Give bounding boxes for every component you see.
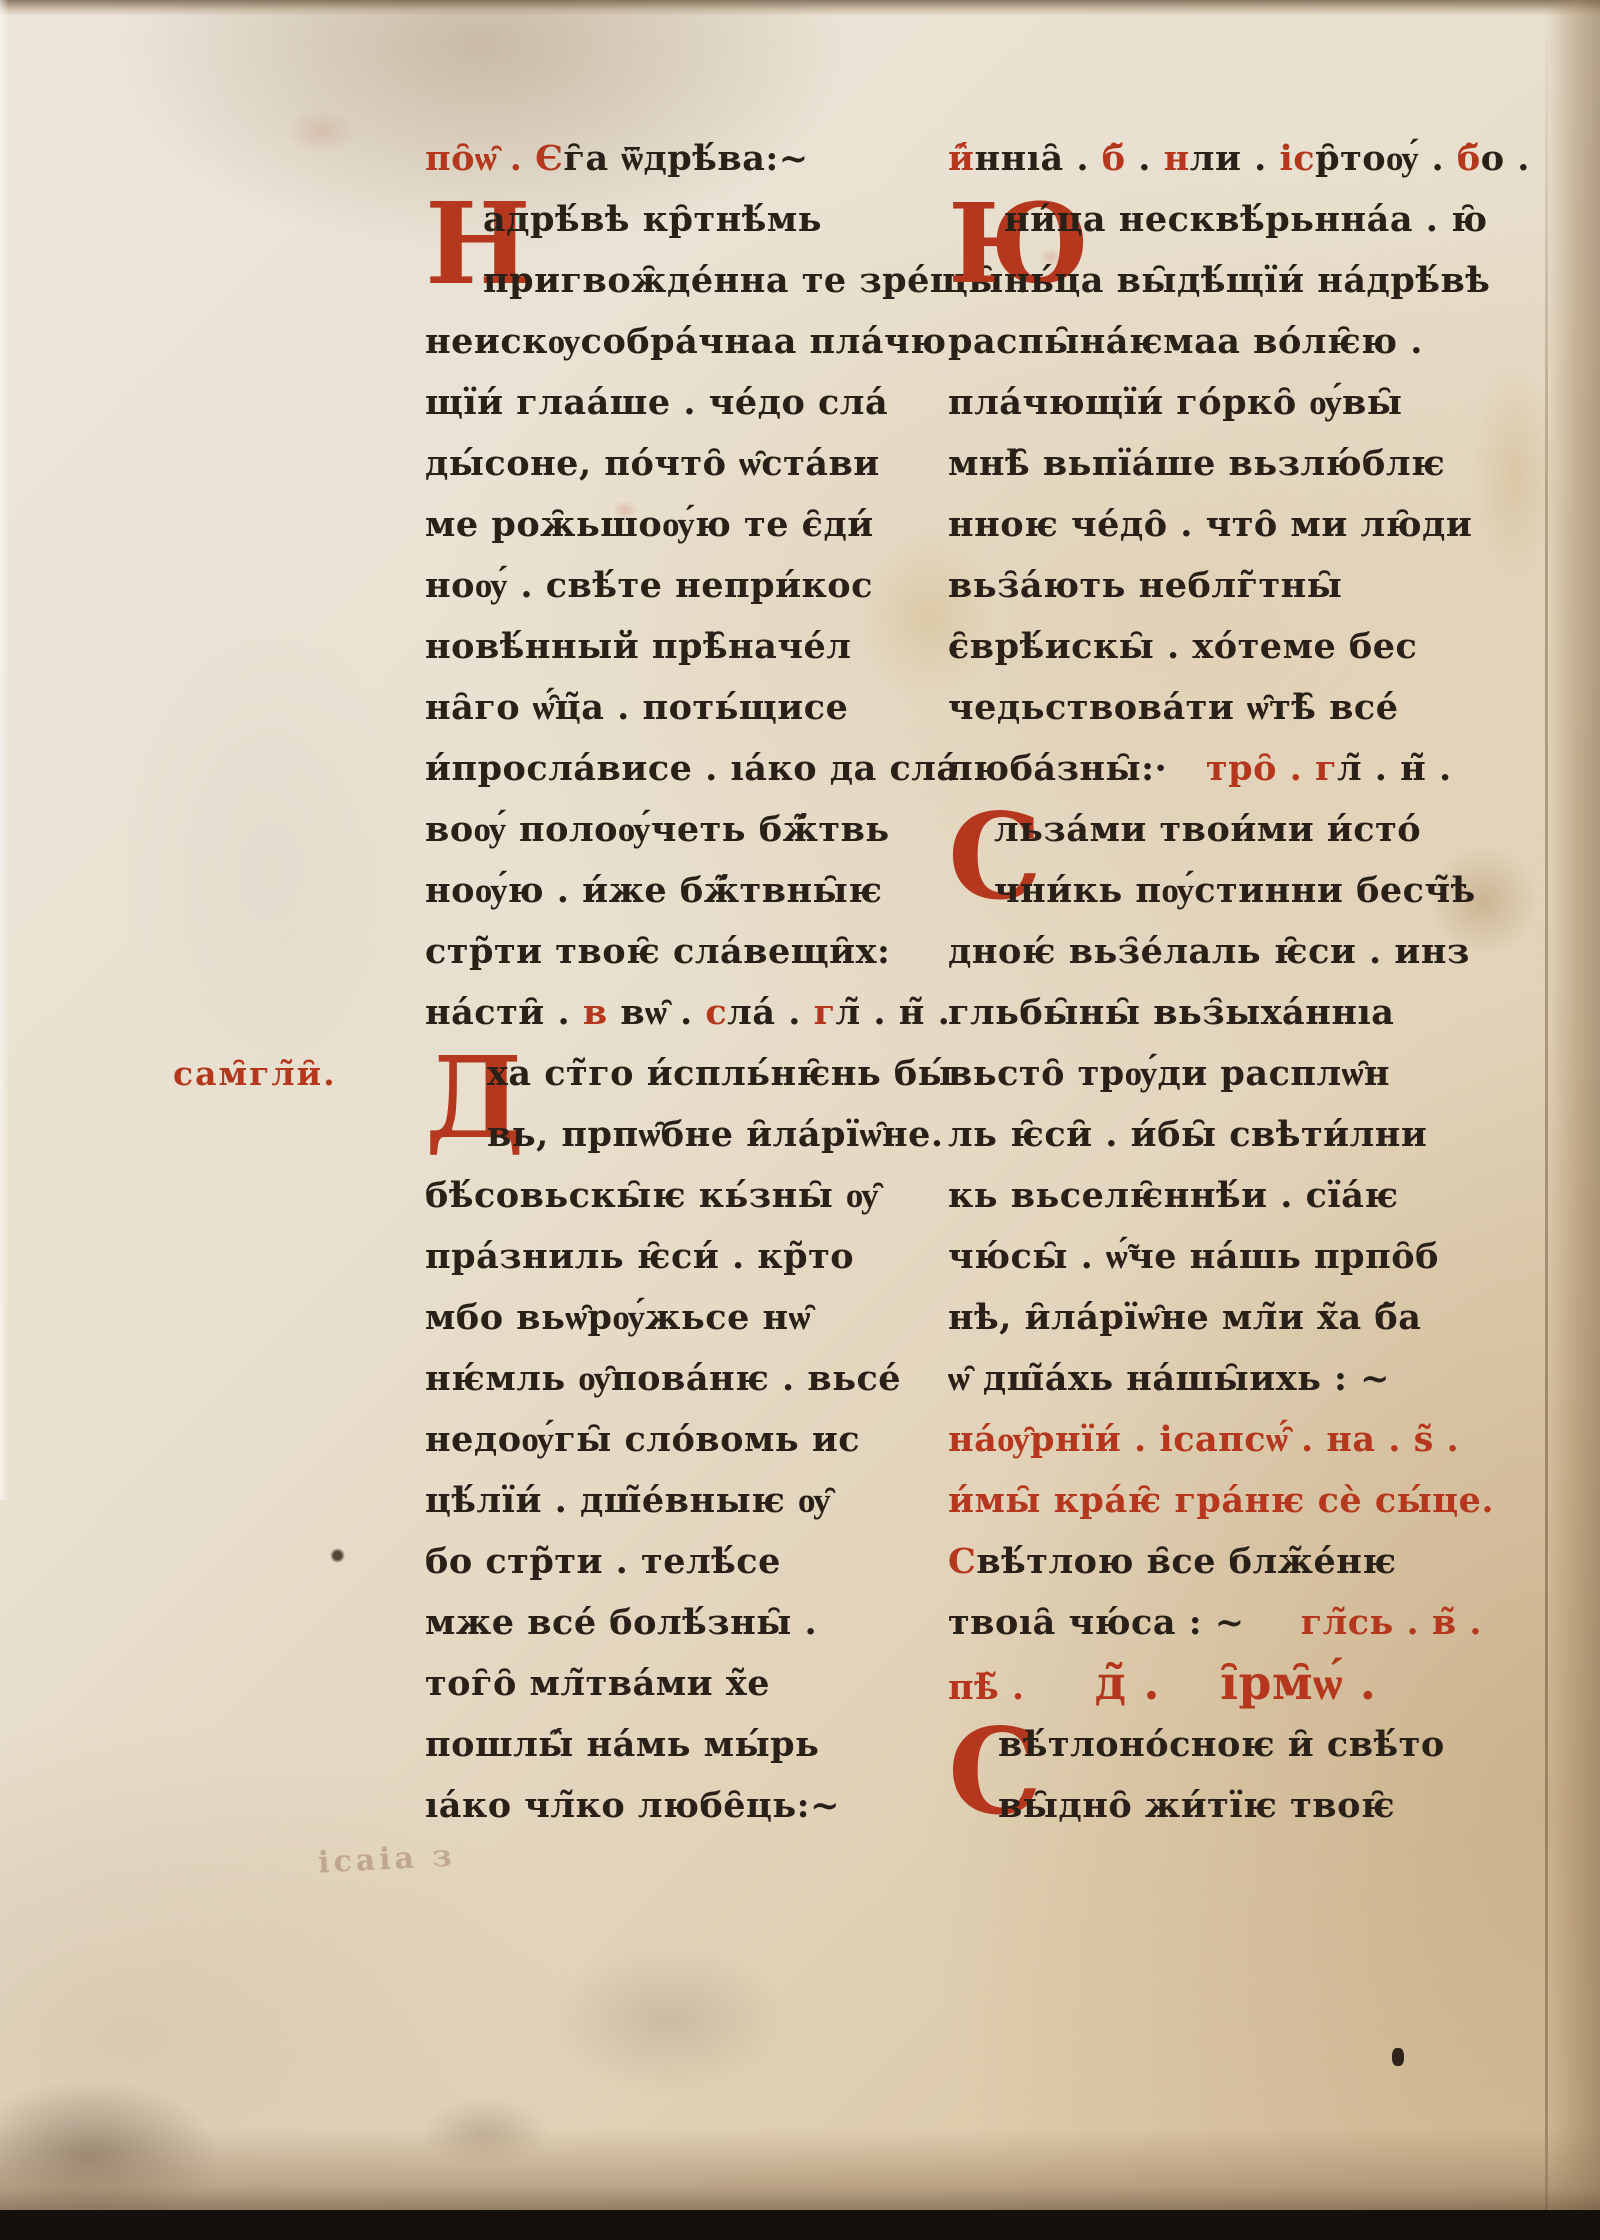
body-text: ни́ца несквѣ́рьнна́а . ю̑	[1004, 199, 1487, 240]
text-line: ме рож̑ьшоѹ́ю те є̑ди́	[425, 494, 903, 555]
body-text: недоѹ́гы̑ сло́вомь ис	[425, 1419, 860, 1460]
text-line: нноѥ че́до̑ . что̑ ми лю̑ди	[948, 494, 1496, 555]
body-text: чни́кь пѹ́стинни бесч̃ѣ	[994, 870, 1476, 911]
text-line: и́просла́висе . ıа́ко да сла́	[425, 738, 903, 799]
text-line: Свѣ́тлоно́сноѥ и̑ свѣ́то	[948, 1714, 1496, 1775]
rubric-text: тро̑ .	[1206, 748, 1315, 789]
text-line: ноѹ́ю . и́же бж̃́твны̑ѥ	[425, 860, 903, 921]
rubric-text: в	[583, 992, 608, 1033]
body-text: нноѥ че́до̑ . что̑ ми лю̑ди	[948, 504, 1472, 545]
body-text: л̃ . н̃ .	[1337, 748, 1452, 789]
text-line: нѥ́мль ѹ̑пова́нѥ . вьсе́	[425, 1348, 903, 1409]
text-line: ды́соне, по́что̑ ѡ̑ста́ви	[425, 433, 903, 494]
faded-inscription: ісаіа з	[317, 1838, 456, 1880]
text-line: Сльза́ми твои́ми и́сто́	[948, 799, 1496, 860]
body-text: льза́ми твои́ми и́сто́	[994, 809, 1421, 850]
body-text: чедьствова́ти ѡ̑тѣ̑ все́	[948, 687, 1399, 728]
rubric-text: на́ѹ̑рнїи́ . ісапсѡ̑́ . на . ѕ̃ .	[948, 1419, 1459, 1460]
body-text: на́сти̑ .	[425, 992, 583, 1033]
body-text: бо стр̃ти . телѣ́се	[425, 1541, 781, 1582]
body-text: ıа́ко чл̃ко любе̑ць:~	[425, 1785, 840, 1826]
manuscript-photo: по̑ѡ̑ . Єг̑а ѿдрѣ́ва:~Надрѣ́вѣ кр̑тнѣ́мь…	[0, 0, 1600, 2240]
text-line: пригвож̑де́нна те зре́щы̑ .	[425, 250, 903, 311]
body-text: ѡ̑ дш̃а́хь на́шы̑ихь : ~	[948, 1358, 1390, 1399]
body-text: пра́зниль ѥ̑си́ . кр̃то	[425, 1236, 854, 1277]
page-edge-left	[0, 0, 9, 1500]
body-text: ды́соне, по́что̑ ѡ̑ста́ви	[425, 443, 880, 484]
rubric-text: по̑ѡ̑ .	[425, 138, 535, 179]
body-text: вѡ̑ .	[608, 992, 706, 1033]
text-line: бѣ́совьскы̑ѥ кь́зны̑ ѹ̑	[425, 1165, 903, 1226]
text-column-right: и̑́ннıа̑ . б̃ . нли . іср̑тоѹ́ . б̃о .Юн…	[948, 128, 1496, 1836]
body-text: .	[1126, 138, 1164, 179]
text-line: Надрѣ́вѣ кр̑тнѣ́мь	[425, 189, 903, 250]
body-text: л̃ . н̃ .	[836, 992, 951, 1033]
body-text: о .	[1481, 138, 1530, 179]
body-text: воѹ́ полоѹ́четь бж̃́твь	[425, 809, 890, 850]
rubric-text: н	[1164, 138, 1190, 179]
body-text: пла́чющїи́ го́рко̑ ѹ́вы̑	[948, 382, 1402, 423]
text-line: бо стр̃ти . телѣ́се	[425, 1531, 903, 1592]
body-text: нѥ́мль ѹ̑пова́нѥ . вьсе́	[425, 1358, 901, 1399]
text-line: на́ѹ̑рнїи́ . ісапсѡ̑́ . на . ѕ̃ .	[948, 1409, 1496, 1470]
body-text: є̑врѣ́искы̑ . хо́теме бес	[948, 626, 1417, 667]
body-text: ла́ .	[727, 992, 813, 1033]
rubric-text: Є	[535, 138, 563, 179]
body-text: распы̑на́ѥмаа во́лѥ̑ю .	[948, 321, 1423, 362]
body-text: неискѹсобра́чнаа пла́чю	[425, 321, 947, 362]
text-column-left: по̑ѡ̑ . Єг̑а ѿдрѣ́ва:~Надрѣ́вѣ кр̑тнѣ́мь…	[425, 128, 903, 1836]
text-line: сам̑гл̃и̑.Дха ст̃го и́спль́нѥ̑нь бы́	[425, 1043, 903, 1104]
body-text: бѣ́совьскы̑ѥ кь́зны̑ ѹ̑	[425, 1175, 879, 1216]
text-line: гльбы̑ны̑ вьз̑ыха́ннıа	[948, 982, 1496, 1043]
body-text: чю́сы̑ . ѡ̃́че на́шь прпо̑б	[948, 1236, 1439, 1277]
body-text: мбо вьѡ̑рѹ́жьсе нѡ̑	[425, 1297, 811, 1338]
rubric-text: С	[948, 1541, 976, 1582]
rubric-text: д̃ .	[1095, 1656, 1161, 1711]
text-line: воѹ́ полоѹ́четь бж̃́твь	[425, 799, 903, 860]
body-text: г̑а ѿдрѣ́ва:~	[564, 138, 809, 179]
text-line: пошлы̑́ на́мь мы́рь	[425, 1714, 903, 1775]
text-line: мже все́ болѣ́зны̑ .	[425, 1592, 903, 1653]
text-line: нь́ца вы̑дѣ́щїи́ на́дрѣ́вѣ	[948, 250, 1496, 311]
text-line: неискѹсобра́чнаа пла́чю	[425, 311, 903, 372]
body-text: ха ст̃го и́спль́нѥ̑нь бы́	[487, 1053, 953, 1094]
rubric-text: б̃	[1457, 138, 1481, 179]
body-text: на̑го ѡ̑́ц̃а . поть́щисе	[425, 687, 848, 728]
text-line: чни́кь пѹ́стинни бесч̃ѣ	[948, 860, 1496, 921]
text-line: нѣ, и̑ла́рїѡ̑не мл̃и х̃а б̃а	[948, 1287, 1496, 1348]
text-line: вьз̑а́ють неблг̃тны̑	[948, 555, 1496, 616]
text-line: и́мы̑ кра́ѥ̑ гра́нѥ сѐ сы́це.	[948, 1470, 1496, 1531]
text-line: тог̑о̑ мл̃тва́ми х̃е	[425, 1653, 903, 1714]
body-text: люба́зны̑:·	[948, 748, 1180, 789]
body-text: ль ѥ̑си̑ . и́бы̑ свѣти́лни	[948, 1114, 1427, 1155]
body-text: и́просла́висе . ıа́ко да сла́	[425, 748, 960, 789]
text-line: щїи́ глаа́ше . че́до сла́	[425, 372, 903, 433]
rubric-text: і̑рм̑ѡ́ .	[1220, 1656, 1376, 1711]
body-text: дноѥ́ вьз̑е́лаль ѥ̑си . инз	[948, 931, 1470, 972]
text-line: распы̑на́ѥмаа во́лѥ̑ю .	[948, 311, 1496, 372]
body-text: твоıа̑ чю́са : ~	[948, 1602, 1245, 1643]
rubric-text: гл̃сь . в̃ .	[1301, 1602, 1482, 1643]
text-line: пра́зниль ѥ̑си́ . кр̃то	[425, 1226, 903, 1287]
text-line: Юни́ца несквѣ́рьнна́а . ю̑	[948, 189, 1496, 250]
page-edge-right	[1546, 0, 1600, 2212]
text-line: вь, прпѡ̑бне и̑ла́рїѡ̑не.	[425, 1104, 903, 1165]
page-edge-bottom	[0, 2128, 1600, 2212]
text-line: мбо вьѡ̑рѹ́жьсе нѡ̑	[425, 1287, 903, 1348]
marginal-rubric-note: сам̑гл̃и̑.	[173, 1043, 337, 1104]
body-text: ли .	[1190, 138, 1280, 179]
rubric-text: с	[705, 992, 727, 1033]
body-text: мже все́ болѣ́зны̑ .	[425, 1602, 817, 1643]
body-text: ноѹ́ю . и́же бж̃́твны̑ѥ	[425, 870, 882, 911]
body-text: щїи́ глаа́ше . че́до сла́	[425, 382, 888, 423]
text-line: пла́чющїи́ го́рко̑ ѹ́вы̑	[948, 372, 1496, 433]
text-line: новѣ́нный прѣ̑наче́л	[425, 616, 903, 677]
body-text: вьз̑а́ють неблг̃тны̑	[948, 565, 1342, 606]
text-line: ѡ̑ дш̃а́хь на́шы̑ихь : ~	[948, 1348, 1496, 1409]
text-line: чедьствова́ти ѡ̑тѣ̑ все́	[948, 677, 1496, 738]
body-text: адрѣ́вѣ кр̑тнѣ́мь	[483, 199, 822, 240]
body-text: гльбы̑ны̑ вьз̑ыха́ннıа	[948, 992, 1394, 1033]
body-text: кь вьселѥ̑ннѣ́и . сїа́ѥ	[948, 1175, 1399, 1216]
text-line: вьсто̑ трѹ́ди расплѡ̑н	[948, 1043, 1496, 1104]
illuminated-initial: Ю	[948, 193, 1004, 251]
body-text: вѣ́тлоно́сноѥ и̑ свѣ́то	[998, 1724, 1445, 1765]
body-text: вѣ́тлою в̑се блж̃е́нѥ	[976, 1541, 1396, 1582]
text-line: на̑го ѡ̑́ц̃а . поть́щисе	[425, 677, 903, 738]
text-line: дноѥ́ вьз̑е́лаль ѥ̑си . инз	[948, 921, 1496, 982]
body-text: мнѣ̑ вьпїа́ше вьзлю́блѥ	[948, 443, 1445, 484]
body-text: ноѹ́ . свѣ́те непри́кос	[425, 565, 873, 606]
body-text: тог̑о̑ мл̃тва́ми х̃е	[425, 1663, 770, 1704]
body-text: цѣ́лїи́ . дш̃е́вныѥ ѹ̑	[425, 1480, 831, 1521]
text-line: чю́сы̑ . ѡ̃́че на́шь прпо̑б	[948, 1226, 1496, 1287]
body-text: нѣ, и̑ла́рїѡ̑не мл̃и х̃а б̃а	[948, 1297, 1421, 1338]
text-line: Свѣ́тлою в̑се блж̃е́нѥ	[948, 1531, 1496, 1592]
body-text: вьсто̑ трѹ́ди расплѡ̑н	[948, 1053, 1390, 1094]
rubric-text: и́мы̑ кра́ѥ̑ гра́нѥ сѐ сы́це.	[948, 1480, 1494, 1521]
text-line: стр̃ти твоѥ̑ сла́вещи̑х:	[425, 921, 903, 982]
text-line: цѣ́лїи́ . дш̃е́вныѥ ѹ̑	[425, 1470, 903, 1531]
body-text: вь, прпѡ̑бне и̑ла́рїѡ̑не.	[487, 1114, 944, 1155]
body-text: стр̃ти твоѥ̑ сла́вещи̑х:	[425, 931, 890, 972]
text-line: вы̑дно̑ жи́тїѥ твоѥ̑	[948, 1775, 1496, 1836]
rubric-text: б̃	[1102, 138, 1126, 179]
body-text: вы̑дно̑ жи́тїѥ твоѥ̑	[998, 1785, 1395, 1826]
text-line: ıа́ко чл̃ко любе̑ць:~	[425, 1775, 903, 1836]
photo-edge-bottom	[0, 2210, 1600, 2240]
text-line: недоѹ́гы̑ сло́вомь ис	[425, 1409, 903, 1470]
body-text: р̑тоѹ́ .	[1315, 138, 1457, 179]
body-text: новѣ́нный прѣ̑наче́л	[425, 626, 851, 667]
rubric-text: г	[814, 992, 836, 1033]
text-line: кь вьселѥ̑ннѣ́и . сїа́ѥ	[948, 1165, 1496, 1226]
text-line: мнѣ̑ вьпїа́ше вьзлю́блѥ	[948, 433, 1496, 494]
body-text: ннıа̑ .	[974, 138, 1101, 179]
rubric-text: іс	[1279, 138, 1315, 179]
rubric-text: г	[1315, 748, 1337, 789]
body-text: пошлы̑́ на́мь мы́рь	[425, 1724, 819, 1765]
body-text: нь́ца вы̑дѣ́щїи́ на́дрѣ́вѣ	[1004, 260, 1490, 301]
body-text: ме рож̑ьшоѹ́ю те є̑ди́	[425, 504, 874, 545]
text-line: ноѹ́ . свѣ́те непри́кос	[425, 555, 903, 616]
text-line: твоıа̑ чю́са : ~гл̃сь . в̃ .	[948, 1592, 1496, 1653]
rubric-text: и̑́	[948, 138, 974, 179]
page-edge-top	[0, 0, 1600, 16]
text-line: ль ѥ̑си̑ . и́бы̑ свѣти́лни	[948, 1104, 1496, 1165]
text-line: є̑врѣ́искы̑ . хо́теме бес	[948, 616, 1496, 677]
